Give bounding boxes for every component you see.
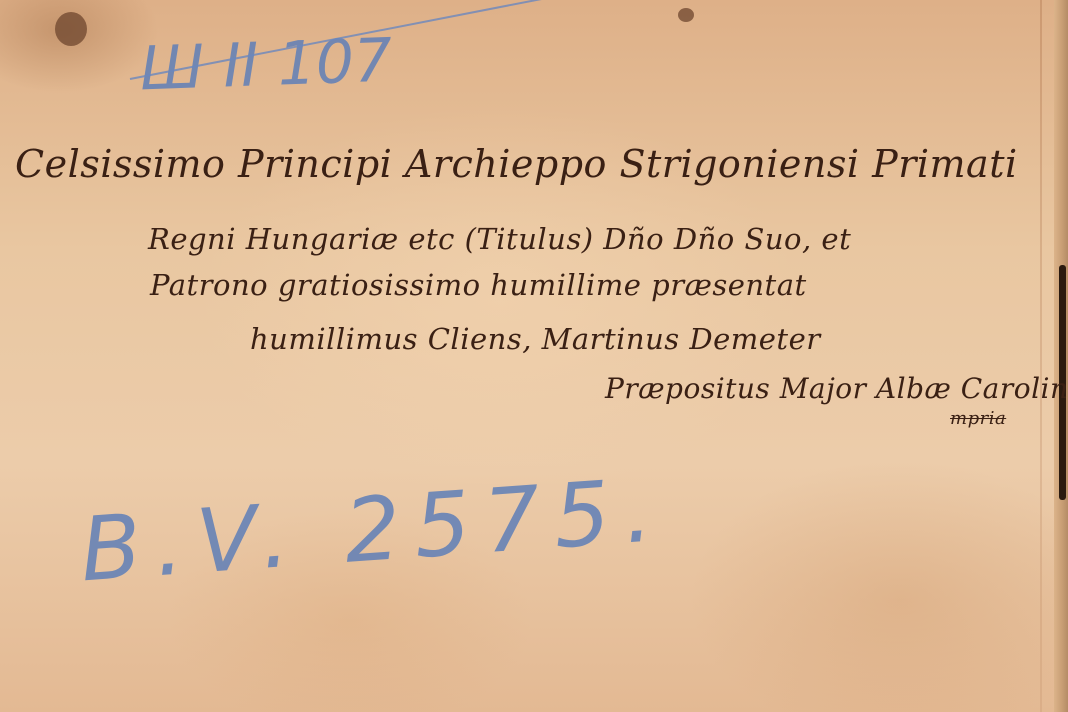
dedication-line-1: Celsissimo Principi Archieppo Strigonien… <box>15 142 1018 186</box>
manu-propria-signature: mpria <box>950 408 1006 429</box>
manuscript-page: Ш II 107 Celsissimo Principi Archieppo S… <box>0 0 1068 712</box>
ink-stain <box>55 12 87 46</box>
shelfmark-top: Ш II 107 <box>139 26 394 105</box>
paper-fold-line <box>1040 0 1042 712</box>
dedication-line-5: Præpositus Major Albæ Carolin. <box>605 372 1068 405</box>
dedication-line-3: Patrono gratiosissimo humillime præsenta… <box>150 268 807 302</box>
dedication-line-2: Regni Hungariæ etc (Titulus) Dño Dño Suo… <box>148 222 851 256</box>
shelfmark-bottom: B.V. 2575. <box>77 458 669 602</box>
dedication-line-4: humillimus Cliens, Martinus Demeter <box>250 322 821 356</box>
ink-spot <box>678 8 694 22</box>
